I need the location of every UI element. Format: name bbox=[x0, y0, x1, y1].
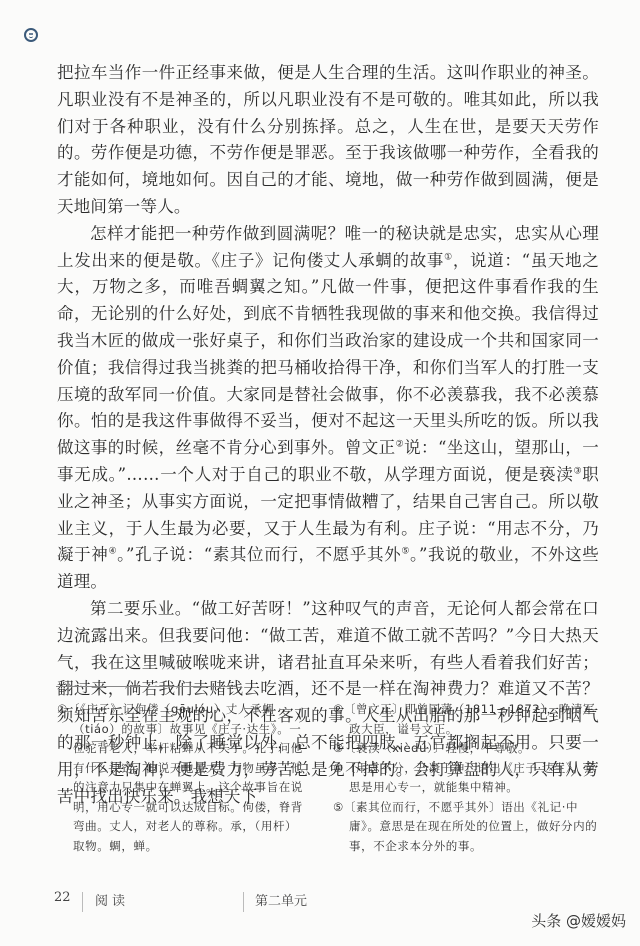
section-label: 阅读 bbox=[95, 890, 129, 909]
footnote-4: ④〔用志不分，乃凝于神〕语出《庄子·达生》。意思是用心专一，就能集中精神。 bbox=[333, 759, 603, 798]
paragraph-2: 怎样才能把一种劳作做到圆满呢？唯一的秘诀就是忠实，忠实从心理上发出来的便是敬。《… bbox=[57, 221, 599, 596]
footer-divider bbox=[82, 892, 83, 912]
footnote-ref-2: ② bbox=[396, 440, 405, 450]
footnote-ref-4: ④ bbox=[108, 547, 117, 557]
watermark: 头条 @嫒嫒妈 bbox=[531, 910, 626, 931]
footnote-1: ①〔《庄子》记佝偻（gōulóu）丈人承蜩（tiáo）的故事〕故事见《庄子·达生… bbox=[57, 700, 309, 856]
footnote-ref-1: ① bbox=[444, 252, 453, 262]
footnote-ref-5: ⑤ bbox=[401, 547, 410, 557]
footnote-3: ③〔亵渎（xièdú）〕轻慢，不尊敬。 bbox=[333, 739, 603, 759]
footnote-5: ⑤〔素其位而行，不愿乎其外〕语出《礼记·中庸》。意思是在现在所处的位置上，做好分… bbox=[333, 798, 603, 857]
footer-divider bbox=[243, 892, 244, 912]
paragraph-1: 把拉车当作一件正经事来做，便是人生合理的生活。这叫作职业的神圣。凡职业没有不是神… bbox=[57, 60, 599, 221]
footnote-2: ②〔曾文正〕即曾国藩（1811—1872），晚清军政大臣，谥号文正。 bbox=[333, 700, 603, 739]
unit-label: 第二单元 bbox=[255, 890, 307, 909]
smiley-face-icon bbox=[24, 28, 38, 42]
body-text: 把拉车当作一件正经事来做，便是人生合理的生活。这叫作职业的神圣。凡职业没有不是神… bbox=[57, 60, 599, 810]
footnote-ref-3: ③ bbox=[574, 466, 583, 476]
footnotes-left: ①〔《庄子》记佝偻（gōulóu）丈人承蜩（tiáo）的故事〕故事见《庄子·达生… bbox=[57, 700, 309, 856]
footnote-divider bbox=[56, 686, 236, 687]
page-number: 22 bbox=[54, 890, 71, 905]
footnotes-right: ②〔曾文正〕即曾国藩（1811—1872），晚清军政大臣，谥号文正。 ③〔亵渎（… bbox=[333, 700, 603, 856]
